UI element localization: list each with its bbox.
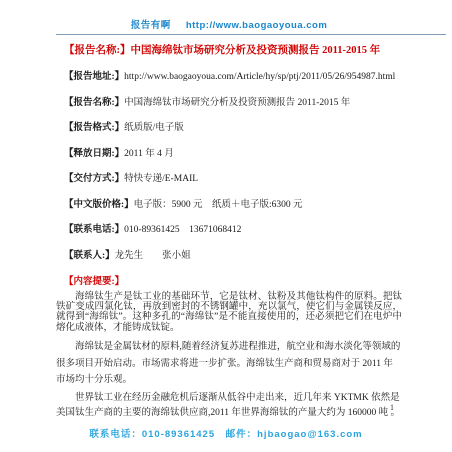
field-phone-label: 【联系电话:】 — [64, 225, 124, 235]
summary-heading: 【内容提要:】 — [64, 277, 402, 288]
report-page: 报告有啊 http://www.baogaoyoua.com 【报告名称:】中国… — [0, 0, 452, 452]
summary-paragraph-2: 海绵钛是金属钛材的原料,随着经济复苏进程推进，航空业和海水淡化等领域的很多项目开… — [56, 339, 402, 389]
field-price-label: 【中文版价格:】 — [64, 200, 134, 210]
field-release-date: 【释放日期:】2011 年 4 月 — [64, 149, 402, 160]
field-phone: 【联系电话:】010-89361425 13671068412 — [64, 225, 402, 236]
header-site-url-link[interactable]: http://www.baogaoyoua.com — [186, 20, 327, 31]
field-report-url-label: 【报告地址:】 — [64, 72, 124, 82]
field-report-name: 【报告名称:】中国海绵钛市场研究分析及投资预测报告 2011-2015 年 — [64, 98, 402, 109]
field-delivery-method: 【交付方式:】特快专递/E-MAIL — [64, 174, 402, 185]
field-report-format-label: 【报告格式:】 — [64, 123, 124, 133]
field-release-date-value: 2011 年 4 月 — [124, 149, 174, 159]
field-delivery-method-label: 【交付方式:】 — [64, 174, 124, 184]
field-release-date-label: 【释放日期:】 — [64, 149, 124, 159]
summary-paragraph-1: 海绵钛生产是钛工业的基础环节，它是钛材、钛粉及其他钛构件的原料。把钛铁矿变成四氯… — [56, 292, 402, 334]
header-divider — [56, 34, 446, 35]
field-phone-value: 010-89361425 13671068412 — [124, 225, 241, 235]
report-url-link[interactable]: http://www.baogaoyoua.com/Article/hy/sp/… — [124, 72, 395, 82]
page-header: 报告有啊 http://www.baogaoyoua.com — [56, 20, 402, 35]
field-price: 【中文版价格:】电子版：5900 元 纸质＋电子版:6300 元 — [64, 200, 402, 211]
field-report-name-label: 【报告名称:】 — [64, 98, 124, 108]
field-price-value: 电子版：5900 元 纸质＋电子版:6300 元 — [134, 200, 303, 210]
field-report-format-value: 纸质版/电子版 — [124, 123, 184, 133]
report-title-label: 【报告名称:】 — [64, 45, 131, 56]
field-delivery-method-value: 特快专递/E-MAIL — [124, 174, 198, 184]
field-report-url: 【报告地址:】http://www.baogaoyoua.com/Article… — [64, 72, 402, 83]
page-footer: 联系电话：010-89361425 邮件：hjbaogao@163.com — [0, 426, 452, 440]
summary-paragraph-3: 世界钛工业在经历金融危机后逐渐从低谷中走出来，近几年来 YKTMK 依然是美国钛… — [56, 391, 402, 421]
report-title: 【报告名称:】中国海绵钛市场研究分析及投资预测报告 2011-2015 年 — [64, 45, 402, 57]
field-contact-person-value: 龙先生 张小姐 — [115, 251, 191, 261]
site-name: 报告有啊 — [131, 20, 171, 31]
field-report-name-value: 中国海绵钛市场研究分析及投资预测报告 2011-2015 年 — [124, 98, 350, 108]
page-number: 1 — [390, 403, 394, 412]
report-title-text: 中国海绵钛市场研究分析及投资预测报告 2011-2015 年 — [131, 45, 381, 56]
field-contact-person: 【联系人:】龙先生 张小姐 — [64, 251, 402, 262]
field-report-format: 【报告格式:】纸质版/电子版 — [64, 123, 402, 134]
field-contact-person-label: 【联系人:】 — [64, 251, 115, 261]
